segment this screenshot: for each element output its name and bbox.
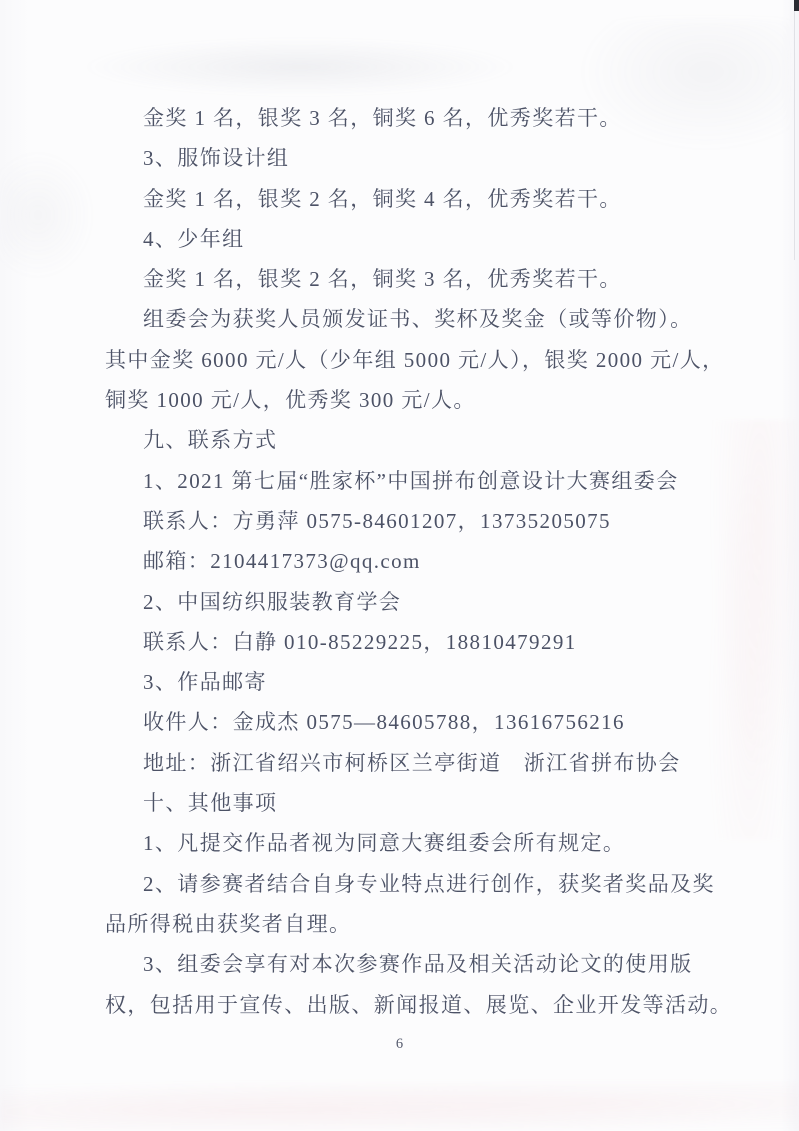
text-line: 1、2021 第七届“胜家杯”中国拼布创意设计大赛组委会 xyxy=(105,461,697,501)
text-line: 地址：浙江省绍兴市柯桥区兰亭街道 浙江省拼布协会 xyxy=(105,743,697,783)
text-line: 3、组委会享有对本次参赛作品及相关活动论文的使用版 xyxy=(105,944,697,984)
scan-smudge-right xyxy=(700,420,799,840)
text-line: 金奖 1 名，银奖 2 名，铜奖 4 名，优秀奖若干。 xyxy=(105,179,697,219)
scan-corner-mark xyxy=(794,0,799,11)
text-line: 收件人：金成杰 0575—84605788，13616756216 xyxy=(105,702,697,742)
section-heading: 十、其他事项 xyxy=(105,783,697,823)
scan-smudge-bottom xyxy=(0,1082,799,1131)
text-line: 3、作品邮寄 xyxy=(105,662,697,702)
text-line: 1、凡提交作品者视为同意大赛组委会所有规定。 xyxy=(105,823,697,863)
text-line: 邮箱：2104417373@qq.com xyxy=(105,541,697,581)
text-line: 3、服饰设计组 xyxy=(105,138,697,178)
document-page: 金奖 1 名，银奖 3 名，铜奖 6 名，优秀奖若干。 3、服饰设计组 金奖 1… xyxy=(0,0,799,1131)
text-line: 联系人：白静 010-85229225，18810479291 xyxy=(105,622,697,662)
text-line: 金奖 1 名，银奖 2 名，铜奖 3 名，优秀奖若干。 xyxy=(105,259,697,299)
text-line: 组委会为获奖人员颁发证书、奖杯及奖金（或等价物）。 xyxy=(105,299,697,339)
scan-ghosting-left xyxy=(0,150,95,280)
text-line: 铜奖 1000 元/人，优秀奖 300 元/人。 xyxy=(105,380,697,420)
scan-ghosting-top xyxy=(80,38,520,96)
text-line: 2、中国纺织服装教育学会 xyxy=(105,582,697,622)
scan-edge-shadow xyxy=(794,0,795,260)
text-line: 权，包括用于宣传、出版、新闻报道、展览、企业开发等活动。 xyxy=(105,985,697,1025)
text-line: 4、少年组 xyxy=(105,219,697,259)
text-line: 品所得税由获奖者自理。 xyxy=(105,904,697,944)
text-line: 金奖 1 名，银奖 3 名，铜奖 6 名，优秀奖若干。 xyxy=(105,98,697,138)
text-line: 其中金奖 6000 元/人（少年组 5000 元/人），银奖 2000 元/人， xyxy=(105,340,697,380)
page-number: 6 xyxy=(0,1036,799,1053)
section-heading: 九、联系方式 xyxy=(105,420,697,460)
text-line: 2、请参赛者结合自身专业特点进行创作，获奖者奖品及奖 xyxy=(105,864,697,904)
document-body: 金奖 1 名，银奖 3 名，铜奖 6 名，优秀奖若干。 3、服饰设计组 金奖 1… xyxy=(105,98,697,1025)
text-line: 联系人：方勇萍 0575-84601207，13735205075 xyxy=(105,501,697,541)
